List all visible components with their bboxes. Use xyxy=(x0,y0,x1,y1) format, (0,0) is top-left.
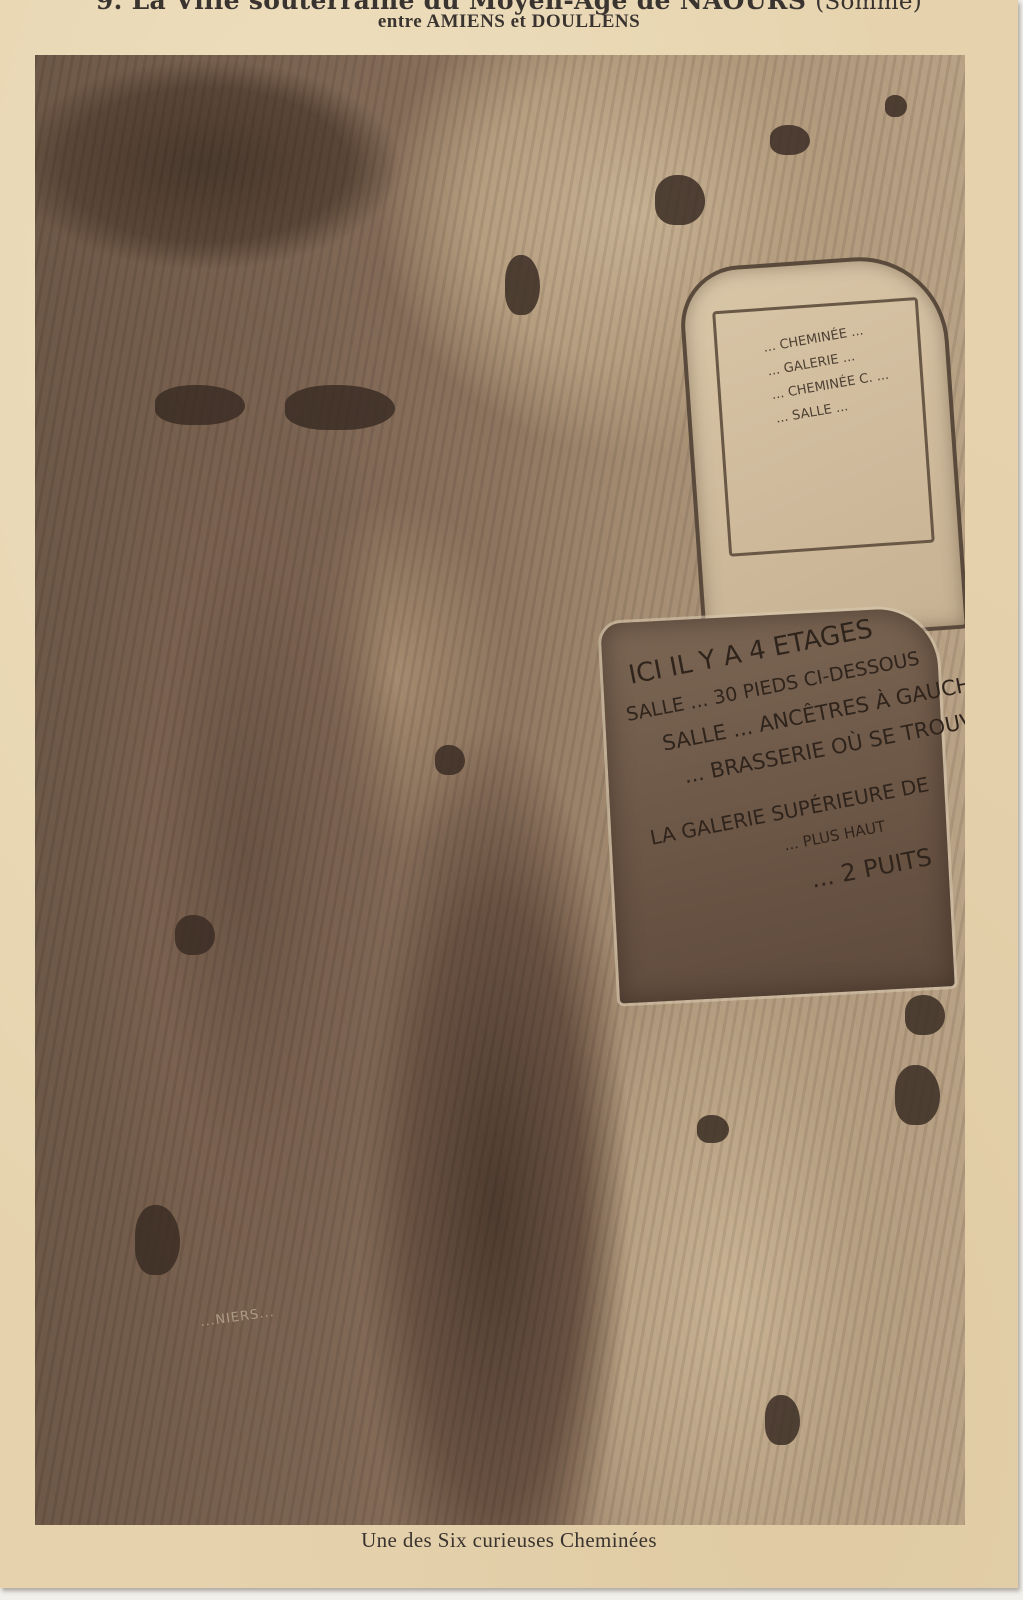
postcard-subtitle: entre AMIENS et DOULLENS xyxy=(0,11,1018,33)
postcard: 9. La Ville souterraine du Moyen-Âge de … xyxy=(0,0,1018,1588)
rock-hole xyxy=(765,1395,800,1445)
rock-hole xyxy=(435,745,465,775)
cave-photograph: ... CHEMINÉE ... ... GALERIE ... ... CHE… xyxy=(35,55,965,1525)
rock-hole xyxy=(175,915,215,955)
rock-hole xyxy=(697,1115,729,1143)
inscription-plaque-upper: ... CHEMINÉE ... ... GALERIE ... ... CHE… xyxy=(677,251,965,647)
rock-hole xyxy=(885,95,907,117)
rock-hole xyxy=(905,995,945,1035)
rock-hole xyxy=(285,385,395,430)
rock-hole xyxy=(655,175,705,225)
inscription-plaque-lower: ICI IL Y A 4 ETAGES SALLE ... 30 PIEDS C… xyxy=(600,606,954,1003)
rock-hole xyxy=(770,125,810,155)
rock-hole xyxy=(895,1065,940,1125)
plaque-lower-text: ICI IL Y A 4 ETAGES SALLE ... 30 PIEDS C… xyxy=(616,603,965,922)
rock-hole xyxy=(135,1205,180,1275)
postcard-caption: Une des Six curieuses Cheminées xyxy=(0,1528,1018,1553)
rock-hole xyxy=(155,385,245,425)
rock-hole xyxy=(505,255,540,315)
